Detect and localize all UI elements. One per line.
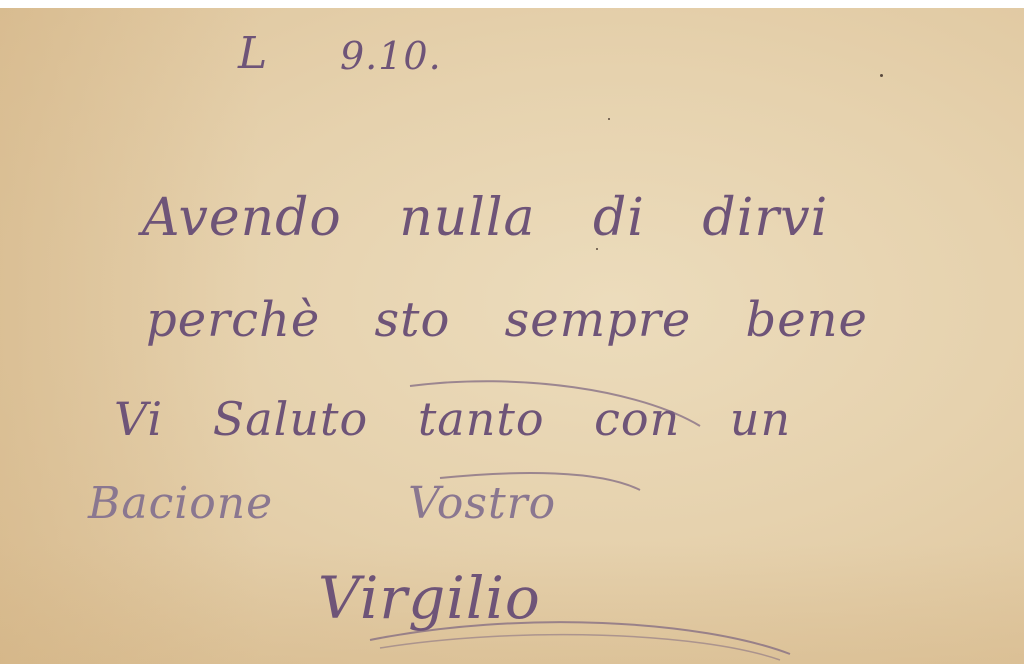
postcard: L 9.10. Avendo nulla di dirvi perchè sto… [0, 8, 1024, 664]
pen-flourishes [0, 8, 1024, 664]
